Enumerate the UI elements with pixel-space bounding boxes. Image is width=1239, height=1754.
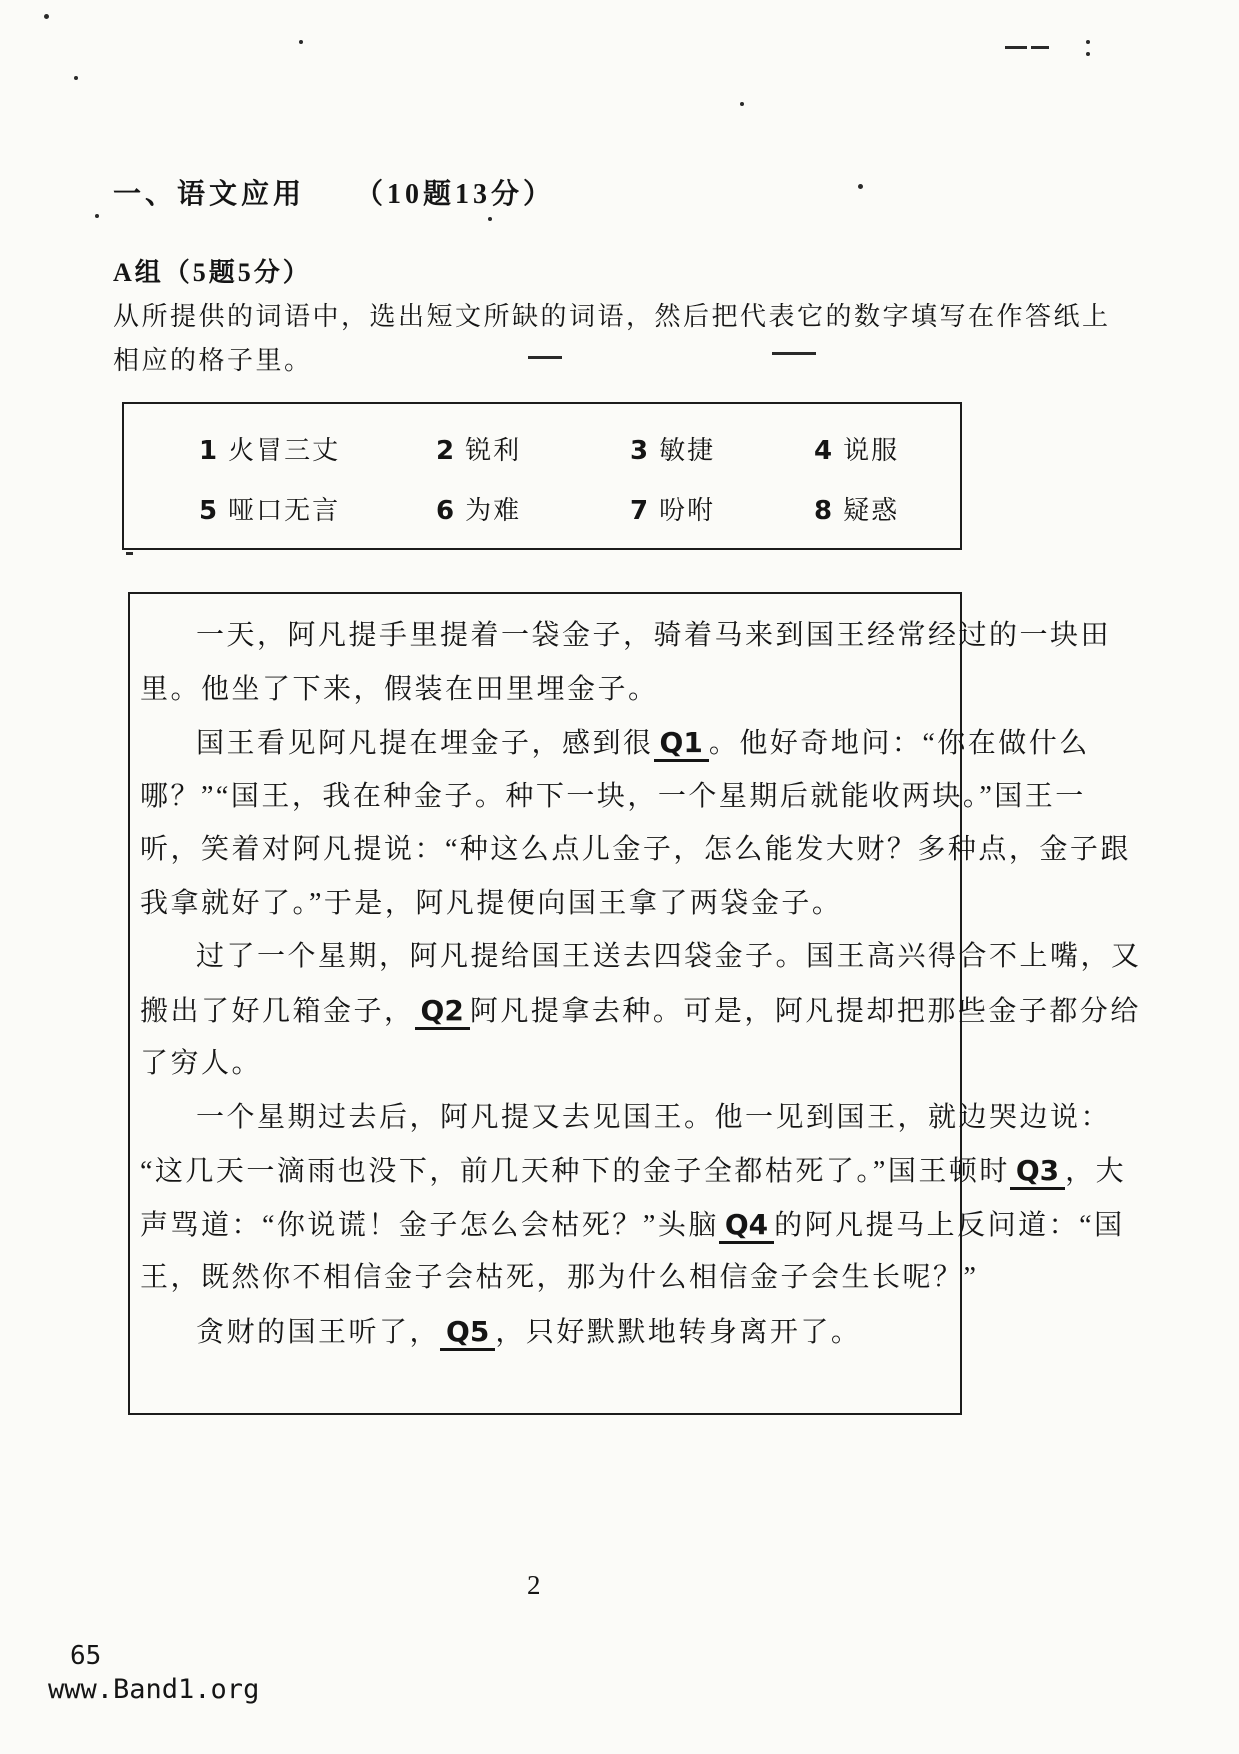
passage-text: 一个星期过去后，阿凡提又去见国王。他一见到国王，就边哭边说： xyxy=(196,1102,1111,1133)
passage-line: 搬出了好几箱金子，Q2阿凡提拿去种。可是，阿凡提却把那些金子都分给 xyxy=(140,984,954,1038)
passage-line: 哪？”“国王，我在种金子。种下一块，一个星期后就能收两块。”国王一 xyxy=(140,770,954,824)
scan-noise-dash xyxy=(1031,46,1049,49)
word-bank-item-word: 疑惑 xyxy=(843,496,899,525)
passage-text: 声骂道：“你说谎！金子怎么会枯死？”头脑 xyxy=(140,1210,719,1241)
scan-noise-dot xyxy=(1086,40,1090,44)
footer-site-label: www.Band1.org xyxy=(48,1674,259,1705)
scan-noise-dash xyxy=(126,552,133,555)
word-bank-box: 1火冒三丈 2锐利 3敏捷 4说服 5哑口无言 6为难 7吩咐 8疑惑 xyxy=(122,402,962,550)
passage-line: 贪财的国王听了，Q5，只好默默地转身离开了。 xyxy=(140,1305,954,1359)
word-bank-item-6: 6为难 xyxy=(436,490,521,527)
word-bank-item-word: 火冒三丈 xyxy=(228,436,340,465)
passage-line: 听，笑着对阿凡提说：“种这么点儿金子，怎么能发大财？多种点，金子跟 xyxy=(140,823,954,877)
word-bank-item-number: 7 xyxy=(630,496,650,526)
passage-text: 了穷人。 xyxy=(140,1048,262,1079)
blank-label-q4: Q4 xyxy=(719,1208,774,1244)
word-bank-item-word: 锐利 xyxy=(465,436,521,465)
passage-text: 我拿就好了。”于是，阿凡提便向国王拿了两袋金子。 xyxy=(140,888,842,919)
word-bank-item-number: 1 xyxy=(199,436,219,466)
word-bank-item-number: 5 xyxy=(199,496,219,526)
word-bank-item-8: 8疑惑 xyxy=(814,490,899,527)
word-bank-item-word: 说服 xyxy=(843,436,899,465)
scan-noise-dot xyxy=(95,214,99,218)
word-bank-item-4: 4说服 xyxy=(814,430,899,467)
scanned-exam-page: { "header": { "section_title": "一、语文应用 （… xyxy=(0,0,1239,1754)
passage-line: 声骂道：“你说谎！金子怎么会枯死？”头脑Q4的阿凡提马上反问道：“国 xyxy=(140,1198,954,1252)
blank-label-q1: Q1 xyxy=(654,726,709,762)
passage-text: “这几天一滴雨也没下，前几天种下的金子全都枯死了。”国王顿时 xyxy=(140,1156,1010,1187)
passage-text: 一天，阿凡提手里提着一袋金子，骑着马来到国王经常经过的一块田 xyxy=(196,620,1111,651)
passage-text: 。他好奇地问：“你在做什么 xyxy=(709,728,1090,759)
passage-text: 里。他坐了下来，假装在田里埋金子。 xyxy=(140,674,659,705)
word-bank-item-1: 1火冒三丈 xyxy=(199,430,340,467)
word-bank-item-number: 3 xyxy=(630,436,650,466)
passage-line: 王，既然你不相信金子会枯死，那为什么相信金子会生长呢？” xyxy=(140,1251,954,1305)
passage-line: 国王看见阿凡提在埋金子，感到很Q1。他好奇地问：“你在做什么 xyxy=(140,716,954,770)
passage-line: 一个星期过去后，阿凡提又去见国王。他一见到国王，就边哭边说： xyxy=(140,1091,954,1145)
word-bank-item-number: 4 xyxy=(814,436,834,466)
scan-noise-dot xyxy=(1086,52,1090,56)
passage-text: ，大 xyxy=(1065,1156,1126,1187)
scan-noise-dot xyxy=(858,184,863,189)
word-bank-item-word: 吩咐 xyxy=(659,496,715,525)
group-a-title: A组（5题5分） xyxy=(113,252,312,289)
scan-noise-dash xyxy=(528,356,562,359)
page-number: 2 xyxy=(527,1570,541,1601)
passage-text: 搬出了好几箱金子， xyxy=(140,996,415,1027)
section-title: 一、语文应用 （10题13分） xyxy=(113,172,555,212)
scan-noise-dot xyxy=(44,14,49,19)
scan-noise-dot xyxy=(740,102,744,106)
passage-line: 了穷人。 xyxy=(140,1037,954,1091)
passage-text: 哪？”“国王，我在种金子。种下一块，一个星期后就能收两块。”国王一 xyxy=(140,781,1086,812)
word-bank-item-number: 8 xyxy=(814,496,834,526)
word-bank-item-number: 2 xyxy=(436,436,456,466)
passage-text: 阿凡提拿去种。可是，阿凡提却把那些金子都分给 xyxy=(470,996,1141,1027)
passage-line: 一天，阿凡提手里提着一袋金子，骑着马来到国王经常经过的一块田 xyxy=(140,609,954,663)
passage-text: 的阿凡提马上反问道：“国 xyxy=(774,1210,1124,1241)
passage-text: 国王看见阿凡提在埋金子，感到很 xyxy=(196,728,654,759)
passage-text: 贪财的国王听了， xyxy=(196,1317,440,1348)
word-bank-item-word: 哑口无言 xyxy=(228,496,340,525)
word-bank-item-7: 7吩咐 xyxy=(630,490,715,527)
word-bank-item-number: 6 xyxy=(436,496,456,526)
blank-label-q3: Q3 xyxy=(1010,1154,1065,1190)
passage-line: “这几天一滴雨也没下，前几天种下的金子全都枯死了。”国王顿时Q3，大 xyxy=(140,1144,954,1198)
corner-number: 65 xyxy=(70,1641,101,1671)
scan-noise-dot xyxy=(488,217,492,221)
scan-noise-dot xyxy=(74,76,78,80)
blank-label-q2: Q2 xyxy=(415,994,470,1030)
blank-label-q5: Q5 xyxy=(440,1315,495,1351)
passage-line: 过了一个星期，阿凡提给国王送去四袋金子。国王高兴得合不上嘴，又 xyxy=(140,930,954,984)
word-bank-item-3: 3敏捷 xyxy=(630,430,715,467)
passage-line: 里。他坐了下来，假装在田里埋金子。 xyxy=(140,663,954,717)
passage-text: 听，笑着对阿凡提说：“种这么点儿金子，怎么能发大财？多种点，金子跟 xyxy=(140,834,1131,865)
passage-text: 王，既然你不相信金子会枯死，那为什么相信金子会生长呢？” xyxy=(140,1262,978,1293)
instructions-line-2: 相应的格子里。 xyxy=(113,340,313,377)
passage-text: 过了一个星期，阿凡提给国王送去四袋金子。国王高兴得合不上嘴，又 xyxy=(196,941,1142,972)
instructions-line-1: 从所提供的词语中，选出短文所缺的词语，然后把代表它的数字填写在作答纸上 xyxy=(113,296,1111,333)
word-bank-item-2: 2锐利 xyxy=(436,430,521,467)
word-bank-item-5: 5哑口无言 xyxy=(199,490,340,527)
passage-text: ，只好默默地转身离开了。 xyxy=(495,1317,861,1348)
scan-noise-dash xyxy=(772,352,816,355)
word-bank-item-word: 为难 xyxy=(465,496,521,525)
scan-noise-dash xyxy=(1005,46,1027,49)
passage-line: 我拿就好了。”于是，阿凡提便向国王拿了两袋金子。 xyxy=(140,877,954,931)
passage-box: 一天，阿凡提手里提着一袋金子，骑着马来到国王经常经过的一块田 里。他坐了下来，假… xyxy=(128,592,962,1415)
word-bank-item-word: 敏捷 xyxy=(659,436,715,465)
scan-noise-dot xyxy=(299,40,303,44)
